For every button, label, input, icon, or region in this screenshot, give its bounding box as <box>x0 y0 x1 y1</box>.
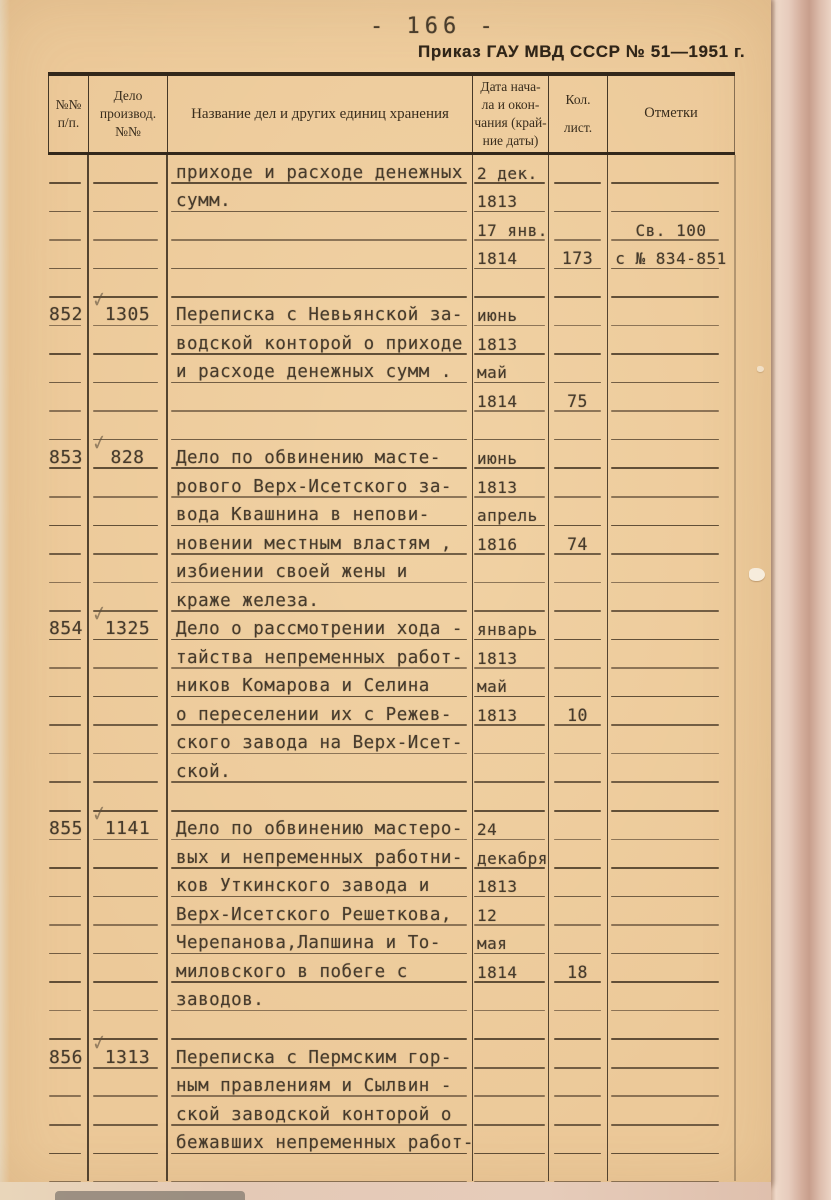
cell-notes <box>607 526 735 555</box>
cell-title-text: ным правлениям и Сылвин - <box>167 1076 452 1097</box>
cell-sheet-count <box>548 269 607 298</box>
table-row: новении местным властям ,181674 <box>48 526 735 555</box>
cell-dates: июнь <box>472 440 548 469</box>
cell-file-number <box>88 469 167 498</box>
cell-sheet-count <box>548 498 607 527</box>
table-row: 854✓1325Дело о рассмотрении хода -январь <box>48 612 735 641</box>
cell-title-text: Переписка с Невьянской за- <box>167 305 463 326</box>
cell-title-text: вых и непременных работни- <box>167 848 463 869</box>
cell-notes <box>607 383 735 412</box>
header-notes: Отметки <box>607 76 735 152</box>
cell-file-number <box>88 1154 167 1183</box>
cell-title: Переписка с Невьянской за- <box>167 298 472 327</box>
table-body: приходе и расходе денежных2 дек.сумм.181… <box>48 155 735 1181</box>
cell-item-number <box>48 383 88 412</box>
cell-file-number <box>88 840 167 869</box>
cell-notes: с № 834-851 <box>607 241 735 270</box>
table-row: вода Квашнина в непови-апрель <box>48 498 735 527</box>
cell-item-number: 853✓ <box>48 440 88 469</box>
cell-dates: май <box>472 355 548 384</box>
cell-title: Верх-Исетского Решеткова, <box>167 897 472 926</box>
cell-notes <box>607 754 735 783</box>
header-dates: Дата нача- ла и окон- чания (край- ние д… <box>472 76 548 152</box>
cell-title-text: ского завода на Верх-Исет- <box>167 733 463 754</box>
cell-sheet-count <box>548 184 607 213</box>
cell-sheet-count <box>548 1097 607 1126</box>
header-sheet-count: Кол. лист. <box>548 76 607 152</box>
cell-item-number <box>48 1154 88 1183</box>
book-binding-edge <box>767 0 831 1200</box>
cell-item-number <box>48 926 88 955</box>
cell-title-text: Дело о рассмотрении хода - <box>167 619 463 640</box>
cell-file-number <box>88 983 167 1012</box>
cell-notes <box>607 298 735 327</box>
table-row <box>48 1154 735 1183</box>
cell-sheet-count <box>548 812 607 841</box>
cell-file-number <box>88 1126 167 1155</box>
scanned-archive-page: - 166 - Приказ ГАУ МВД СССР № 51—1951 г.… <box>0 0 831 1200</box>
cell-dates <box>472 412 548 441</box>
cell-dates-text: апрель <box>472 506 538 526</box>
cell-title <box>167 1011 472 1040</box>
cell-item-number <box>48 1069 88 1098</box>
table-row: водской конторой о приходе1813 <box>48 326 735 355</box>
cell-notes <box>607 184 735 213</box>
cell-item-number <box>48 412 88 441</box>
cell-dates-text: 12 <box>472 906 497 926</box>
cell-dates <box>472 1069 548 1098</box>
cell-title-text: вода Квашнина в непови- <box>167 505 430 526</box>
table-row: 855✓1141Дело по обвинению мастеро-24 <box>48 812 735 841</box>
cell-sheet-count <box>548 412 607 441</box>
cell-title-text: Верх-Исетского Решеткова, <box>167 905 452 926</box>
cell-title: о переселении их с Режев- <box>167 697 472 726</box>
cell-title: ков Уткинского завода и <box>167 869 472 898</box>
cell-dates-text: 1814 <box>472 392 518 412</box>
cell-dates <box>472 1097 548 1126</box>
cell-dates: май <box>472 669 548 698</box>
table-row: 856✓1313Переписка с Пермским гор- <box>48 1040 735 1069</box>
table-row: 1814173с № 834-851 <box>48 241 735 270</box>
cell-dates <box>472 754 548 783</box>
header-item-number: №№ п/п. <box>48 76 88 152</box>
cell-sheet-count <box>548 440 607 469</box>
cell-title: вода Квашнина в непови- <box>167 498 472 527</box>
cell-title: миловского в побеге с <box>167 954 472 983</box>
cell-item-number <box>48 697 88 726</box>
cell-file-number <box>88 1069 167 1098</box>
cell-title-text: новении местным властям , <box>167 534 452 555</box>
cell-file-number <box>88 754 167 783</box>
cell-dates: 1814 <box>472 241 548 270</box>
cell-dates: апрель <box>472 498 548 527</box>
cell-sheet-count <box>548 640 607 669</box>
cell-dates-text: 1816 <box>472 535 518 555</box>
cell-sheet-count: 75 <box>548 383 607 412</box>
cell-title: рового Верх-Исетского за- <box>167 469 472 498</box>
cell-notes <box>607 1126 735 1155</box>
cell-title <box>167 269 472 298</box>
cell-notes <box>607 326 735 355</box>
cell-file-number-text: 1325 <box>105 618 150 640</box>
cell-sheet-count <box>548 1040 607 1069</box>
cell-sheet-count <box>548 726 607 755</box>
cell-dates: мая <box>472 926 548 955</box>
cell-dates-text: 1813 <box>472 478 518 498</box>
cell-sheet-count <box>548 326 607 355</box>
cell-dates <box>472 726 548 755</box>
table-row: 17 янв.Св. 100 <box>48 212 735 241</box>
cell-item-number <box>48 555 88 584</box>
table-row <box>48 269 735 298</box>
cell-title-text: приходе и расходе денежных <box>167 163 463 184</box>
cell-notes <box>607 440 735 469</box>
cell-title-text: миловского в побеге с <box>167 962 408 983</box>
cell-sheet-count <box>548 155 607 184</box>
cell-dates-text: январь <box>472 620 538 640</box>
cell-notes <box>607 1069 735 1098</box>
cell-title-text: Черепанова,Лапшина и То- <box>167 933 441 954</box>
table-row: о переселении их с Режев-181310 <box>48 697 735 726</box>
cell-title: ского завода на Верх-Исет- <box>167 726 472 755</box>
table-row <box>48 412 735 441</box>
cell-file-number <box>88 383 167 412</box>
cell-file-number <box>88 355 167 384</box>
cell-notes <box>607 412 735 441</box>
cell-dates <box>472 983 548 1012</box>
cell-title: ным правлениям и Сылвин - <box>167 1069 472 1098</box>
paper-fleck <box>757 366 764 372</box>
cell-notes <box>607 612 735 641</box>
cell-title-text: Переписка с Пермским гор- <box>167 1048 452 1069</box>
cell-title: водской конторой о приходе <box>167 326 472 355</box>
cell-item-number <box>48 241 88 270</box>
cell-item-number <box>48 869 88 898</box>
cell-notes <box>607 1040 735 1069</box>
cell-sheet-count <box>548 926 607 955</box>
cell-item-number <box>48 355 88 384</box>
table-row: миловского в побеге с181418 <box>48 954 735 983</box>
cell-sheet-count <box>548 754 607 783</box>
cell-notes <box>607 583 735 612</box>
cell-notes <box>607 926 735 955</box>
cell-notes <box>607 469 735 498</box>
cell-title-text: бежавших непременных работ- <box>167 1133 474 1154</box>
cell-notes <box>607 983 735 1012</box>
cell-dates-text: декабря <box>472 849 548 869</box>
cell-item-number <box>48 1126 88 1155</box>
cell-dates <box>472 783 548 812</box>
cell-sheet-count-text: 75 <box>567 392 588 412</box>
cell-notes <box>607 697 735 726</box>
table-row: ников Комарова и Селинамай <box>48 669 735 698</box>
cell-sheet-count-text: 74 <box>567 535 588 555</box>
cell-item-number-text: 856 <box>48 1047 83 1069</box>
cell-title: краже железа. <box>167 583 472 612</box>
cell-dates <box>472 1126 548 1155</box>
cell-title-text: заводов. <box>167 990 264 1011</box>
cell-dates <box>472 1011 548 1040</box>
cell-notes <box>607 269 735 298</box>
cell-sheet-count <box>548 1154 607 1183</box>
cell-dates-text: 2 дек. <box>472 164 538 184</box>
cell-dates-text: 17 янв. <box>472 221 548 241</box>
inventory-table: №№ п/п. Дело производ. №№ Название дел и… <box>48 72 735 1181</box>
cell-file-number <box>88 498 167 527</box>
cell-title-text: Дело по обвинению масте- <box>167 448 441 469</box>
cell-dates-text: 24 <box>472 820 497 840</box>
cell-item-number <box>48 754 88 783</box>
cell-sheet-count-text: 173 <box>562 249 593 269</box>
cell-notes <box>607 840 735 869</box>
cell-file-number-text: 828 <box>110 447 144 469</box>
cell-title-text: сумм. <box>167 191 231 212</box>
cell-item-number <box>48 783 88 812</box>
cell-title: бежавших непременных работ- <box>167 1126 472 1155</box>
table-row: избиении своей жены и <box>48 555 735 584</box>
checkmark-icon: ✓ <box>90 429 109 458</box>
cell-title <box>167 241 472 270</box>
cell-notes <box>607 1011 735 1040</box>
page-stack-shadow <box>55 1191 245 1200</box>
cell-sheet-count: 173 <box>548 241 607 270</box>
cell-dates: декабря <box>472 840 548 869</box>
table-row: сумм.1813 <box>48 184 735 213</box>
cell-sheet-count <box>548 612 607 641</box>
cell-dates-text: 1813 <box>472 192 518 212</box>
cell-item-number-text: 853 <box>48 447 83 469</box>
cell-dates: 17 янв. <box>472 212 548 241</box>
cell-dates <box>472 269 548 298</box>
cell-item-number: 856✓ <box>48 1040 88 1069</box>
cell-dates-text: 1814 <box>472 963 518 983</box>
cell-item-number <box>48 498 88 527</box>
cell-file-number <box>88 555 167 584</box>
cell-dates-text: 1813 <box>472 706 518 726</box>
cell-item-number <box>48 526 88 555</box>
cell-notes <box>607 1154 735 1183</box>
cell-title: ской. <box>167 754 472 783</box>
cell-notes <box>607 669 735 698</box>
cell-notes <box>607 1097 735 1126</box>
cell-dates <box>472 1040 548 1069</box>
cell-title-text: тайства непременных работ- <box>167 648 463 669</box>
cell-item-number <box>48 326 88 355</box>
cell-file-number-text: 1305 <box>105 304 150 326</box>
page-number: - 166 - <box>370 14 498 39</box>
cell-title <box>167 383 472 412</box>
cell-file-number <box>88 241 167 270</box>
cell-sheet-count <box>548 840 607 869</box>
cell-item-number <box>48 840 88 869</box>
cell-item-number <box>48 583 88 612</box>
cell-dates: 2 дек. <box>472 155 548 184</box>
cell-sheet-count <box>548 783 607 812</box>
table-row: приходе и расходе денежных2 дек. <box>48 155 735 184</box>
cell-title-text: ской. <box>167 762 231 783</box>
paper-sheet: - 166 - Приказ ГАУ МВД СССР № 51—1951 г.… <box>0 0 771 1190</box>
cell-dates: 1813 <box>472 184 548 213</box>
cell-file-number <box>88 184 167 213</box>
cell-dates-text: мая <box>472 934 507 954</box>
cell-title-text: ков Уткинского завода и <box>167 876 430 897</box>
table-header-row: №№ п/п. Дело производ. №№ Название дел и… <box>48 72 735 155</box>
cell-dates <box>472 583 548 612</box>
cell-title: вых и непременных работни- <box>167 840 472 869</box>
cell-sheet-count <box>548 1069 607 1098</box>
table-row: ского завода на Верх-Исет- <box>48 726 735 755</box>
cell-notes <box>607 897 735 926</box>
cell-file-number <box>88 326 167 355</box>
cell-notes <box>607 812 735 841</box>
table-row: вых и непременных работни-декабря <box>48 840 735 869</box>
page-stack-bottom-edge <box>0 1182 771 1200</box>
cell-sheet-count: 10 <box>548 697 607 726</box>
cell-title-text: избиении своей жены и <box>167 562 408 583</box>
cell-title-text: и расходе денежных сумм . <box>167 362 452 383</box>
cell-dates-text: июнь <box>472 449 518 469</box>
cell-item-number <box>48 726 88 755</box>
header-file-number: Дело производ. №№ <box>88 76 167 152</box>
cell-title-text: ской заводской конторой о <box>167 1105 452 1126</box>
cell-dates <box>472 1154 548 1183</box>
cell-dates-text: июнь <box>472 306 518 326</box>
cell-sheet-count <box>548 298 607 327</box>
cell-sheet-count <box>548 869 607 898</box>
cell-item-number <box>48 212 88 241</box>
cell-sheet-count <box>548 897 607 926</box>
cell-sheet-count <box>548 669 607 698</box>
cell-file-number <box>88 869 167 898</box>
cell-item-number: 854✓ <box>48 612 88 641</box>
cell-notes <box>607 783 735 812</box>
cell-notes <box>607 498 735 527</box>
cell-sheet-count <box>548 983 607 1012</box>
table-row: бежавших непременных работ- <box>48 1126 735 1155</box>
cell-file-number <box>88 155 167 184</box>
cell-file-number <box>88 926 167 955</box>
cell-title: и расходе денежных сумм . <box>167 355 472 384</box>
cell-notes <box>607 155 735 184</box>
cell-title: заводов. <box>167 983 472 1012</box>
cell-title <box>167 212 472 241</box>
cell-item-number <box>48 155 88 184</box>
cell-sheet-count <box>548 212 607 241</box>
cell-file-number <box>88 669 167 698</box>
cell-notes <box>607 555 735 584</box>
cell-dates: 1814 <box>472 383 548 412</box>
cell-sheet-count <box>548 1011 607 1040</box>
cell-dates-text: 1813 <box>472 877 518 897</box>
table-row: Верх-Исетского Решеткова,12 <box>48 897 735 926</box>
cell-item-number <box>48 983 88 1012</box>
cell-file-number <box>88 897 167 926</box>
cell-sheet-count <box>548 1126 607 1155</box>
cell-title: ников Комарова и Селина <box>167 669 472 698</box>
cell-title-text: водской конторой о приходе <box>167 334 463 355</box>
cell-dates: 1813 <box>472 326 548 355</box>
cell-item-number <box>48 954 88 983</box>
cell-title: тайства непременных работ- <box>167 640 472 669</box>
cell-file-number-text: 1141 <box>105 818 150 840</box>
table-row: заводов. <box>48 983 735 1012</box>
cell-sheet-count <box>548 583 607 612</box>
table-row: ской заводской конторой о <box>48 1097 735 1126</box>
cell-file-number <box>88 212 167 241</box>
cell-title: избиении своей жены и <box>167 555 472 584</box>
cell-sheet-count-text: 10 <box>567 706 588 726</box>
cell-item-number-text: 854 <box>48 618 83 640</box>
cell-title <box>167 412 472 441</box>
cell-title-text: краже железа. <box>167 591 319 612</box>
cell-dates: 1813 <box>472 469 548 498</box>
table-row: 853✓828Дело по обвинению масте-июнь <box>48 440 735 469</box>
cell-dates: 12 <box>472 897 548 926</box>
table-row: ской. <box>48 754 735 783</box>
cell-item-number: 855✓ <box>48 812 88 841</box>
table-row: 181475 <box>48 383 735 412</box>
cell-title: сумм. <box>167 184 472 213</box>
cell-sheet-count <box>548 469 607 498</box>
cell-sheet-count-text: 18 <box>567 963 588 983</box>
cell-title <box>167 783 472 812</box>
cell-title: приходе и расходе денежных <box>167 155 472 184</box>
cell-file-number <box>88 726 167 755</box>
cell-dates-text: 1814 <box>472 249 518 269</box>
cell-dates-text: май <box>472 677 507 697</box>
cell-item-number <box>48 897 88 926</box>
cell-notes: Св. 100 <box>607 212 735 241</box>
table-row: ным правлениям и Сылвин - <box>48 1069 735 1098</box>
cell-file-number <box>88 954 167 983</box>
table-row: ков Уткинского завода и1813 <box>48 869 735 898</box>
cell-item-number <box>48 1011 88 1040</box>
cell-dates: 24 <box>472 812 548 841</box>
cell-dates: 1813 <box>472 640 548 669</box>
cell-dates-text: 1813 <box>472 649 518 669</box>
cell-title: Дело по обвинению мастеро- <box>167 812 472 841</box>
cell-dates: 1814 <box>472 954 548 983</box>
cell-item-number <box>48 469 88 498</box>
cell-title: Дело по обвинению масте- <box>167 440 472 469</box>
table-row: рового Верх-Исетского за-1813 <box>48 469 735 498</box>
cell-file-number <box>88 640 167 669</box>
cell-dates: 1813 <box>472 697 548 726</box>
cell-title <box>167 1154 472 1183</box>
table-rows: приходе и расходе денежных2 дек.сумм.181… <box>48 155 735 1183</box>
cell-item-number <box>48 669 88 698</box>
cell-notes <box>607 726 735 755</box>
cell-sheet-count: 18 <box>548 954 607 983</box>
cell-title: Переписка с Пермским гор- <box>167 1040 472 1069</box>
cell-title-text: о переселении их с Режев- <box>167 705 452 726</box>
cell-item-number <box>48 184 88 213</box>
cell-notes <box>607 954 735 983</box>
cell-notes-text: с № 834-851 <box>615 249 726 269</box>
cell-file-number <box>88 1097 167 1126</box>
header-title: Название дел и других единиц хранения <box>167 76 472 152</box>
cell-notes <box>607 869 735 898</box>
table-row: тайства непременных работ-1813 <box>48 640 735 669</box>
table-row <box>48 783 735 812</box>
cell-notes-text: Св. 100 <box>636 221 707 241</box>
cell-item-number <box>48 269 88 298</box>
cell-title: Дело о рассмотрении хода - <box>167 612 472 641</box>
cell-item-number <box>48 640 88 669</box>
cell-sheet-count <box>548 555 607 584</box>
cell-file-number <box>88 526 167 555</box>
order-stamp: Приказ ГАУ МВД СССР № 51—1951 г. <box>418 42 745 62</box>
